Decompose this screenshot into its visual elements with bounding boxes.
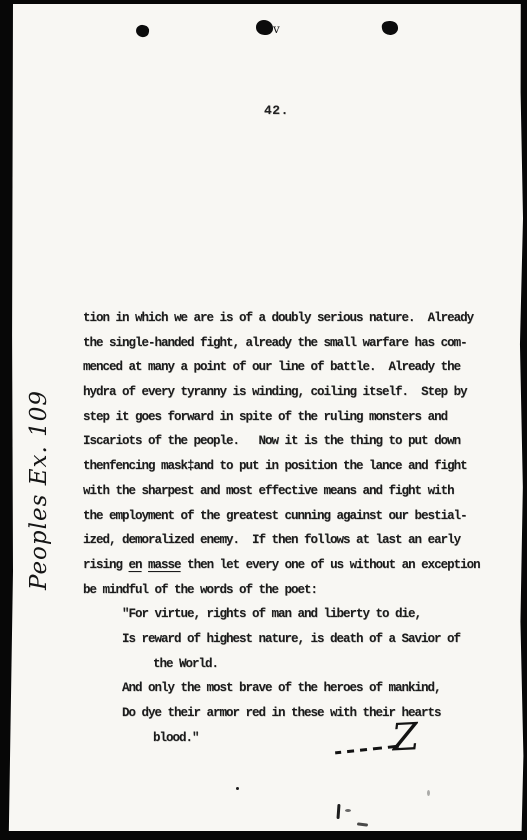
typed-line: the World.	[83, 652, 495, 677]
typed-text: ized, demoralized enemy. If then follows…	[83, 533, 460, 547]
typed-line: Do dye their armor red in these with the…	[83, 701, 495, 726]
typed-text: thenfencing mask‡and to put in position …	[83, 459, 467, 473]
film-edge-top	[0, 0, 527, 4]
typed-text-block: tion in which we are is of a doubly seri…	[83, 306, 495, 750]
dash	[347, 749, 354, 753]
typed-line: "For virtue, rights of man and liberty t…	[83, 602, 495, 627]
typed-line: the employment of the greatest cunning a…	[83, 504, 495, 529]
typed-line: Iscariots of the people. Now it is the t…	[83, 429, 495, 454]
typed-text: be mindful of the words of the poet:	[83, 583, 317, 597]
typed-text: the single-handed fight, already the sma…	[83, 336, 467, 350]
ink-speck	[427, 790, 430, 796]
typed-line: the single-handed fight, already the sma…	[83, 331, 495, 356]
typed-text: menced at many a point of our line of ba…	[83, 360, 460, 374]
scanned-document-page: v 42. Peoples Ex. 109 tion in which we a…	[0, 0, 527, 840]
ink-blob	[135, 24, 150, 38]
typed-text: the employment of the greatest cunning a…	[83, 509, 467, 523]
page-number: 42.	[264, 103, 289, 118]
typed-line: menced at many a point of our line of ba…	[83, 355, 495, 380]
typed-line: blood."	[83, 726, 495, 751]
film-edge-left	[0, 0, 13, 840]
film-edge-bottom	[0, 831, 527, 840]
dash	[335, 751, 341, 755]
signature-z-mark: Z	[390, 717, 421, 756]
underlined-text: masse	[148, 558, 181, 572]
typed-text: blood."	[153, 731, 199, 745]
ink-blob	[381, 20, 399, 36]
ink-speck	[345, 809, 351, 812]
typed-line: thenfencing mask‡and to put in position …	[83, 454, 495, 479]
typed-text: hydra of every tyranny is winding, coili…	[83, 385, 467, 399]
typed-text: Iscariots of the people. Now it is the t…	[83, 434, 460, 448]
typed-line: rising en masse then let every one of us…	[83, 553, 495, 578]
typed-line: hydra of every tyranny is winding, coili…	[83, 380, 495, 405]
typed-line: Is reward of highest nature, is death of…	[83, 627, 495, 652]
typed-text: Do dye their armor red in these with the…	[122, 706, 441, 720]
typed-text: then let every one of us without an exce…	[181, 558, 480, 572]
typed-text: "For virtue, rights of man and liberty t…	[122, 607, 421, 621]
ink-speck	[336, 804, 340, 819]
typed-line: ized, demoralized enemy. If then follows…	[83, 528, 495, 553]
ink-blob	[256, 20, 273, 35]
dash	[360, 748, 367, 752]
typed-text: rising	[83, 558, 129, 572]
typed-line: be mindful of the words of the poet:	[83, 578, 495, 603]
film-edge-right	[519, 0, 527, 840]
typed-text: tion in which we are is of a doubly seri…	[83, 311, 473, 325]
margin-annotation-handwriting: Peoples Ex. 109	[26, 375, 66, 605]
typed-text: the World.	[153, 657, 218, 671]
typed-text: with the sharpest and most effective mea…	[83, 484, 454, 498]
ink-speck	[236, 787, 239, 790]
typed-line: tion in which we are is of a doubly seri…	[83, 306, 495, 331]
typed-line: with the sharpest and most effective mea…	[83, 479, 495, 504]
typed-text: step it goes forward in spite of the rul…	[83, 410, 447, 424]
typed-text: And only the most brave of the heroes of…	[122, 681, 441, 695]
typed-line: And only the most brave of the heroes of…	[83, 676, 495, 701]
underlined-text: en	[129, 558, 142, 572]
check-mark: v	[273, 22, 280, 36]
ink-speck	[357, 822, 368, 826]
typed-line: step it goes forward in spite of the rul…	[83, 405, 495, 430]
typed-text: Is reward of highest nature, is death of…	[122, 632, 460, 646]
